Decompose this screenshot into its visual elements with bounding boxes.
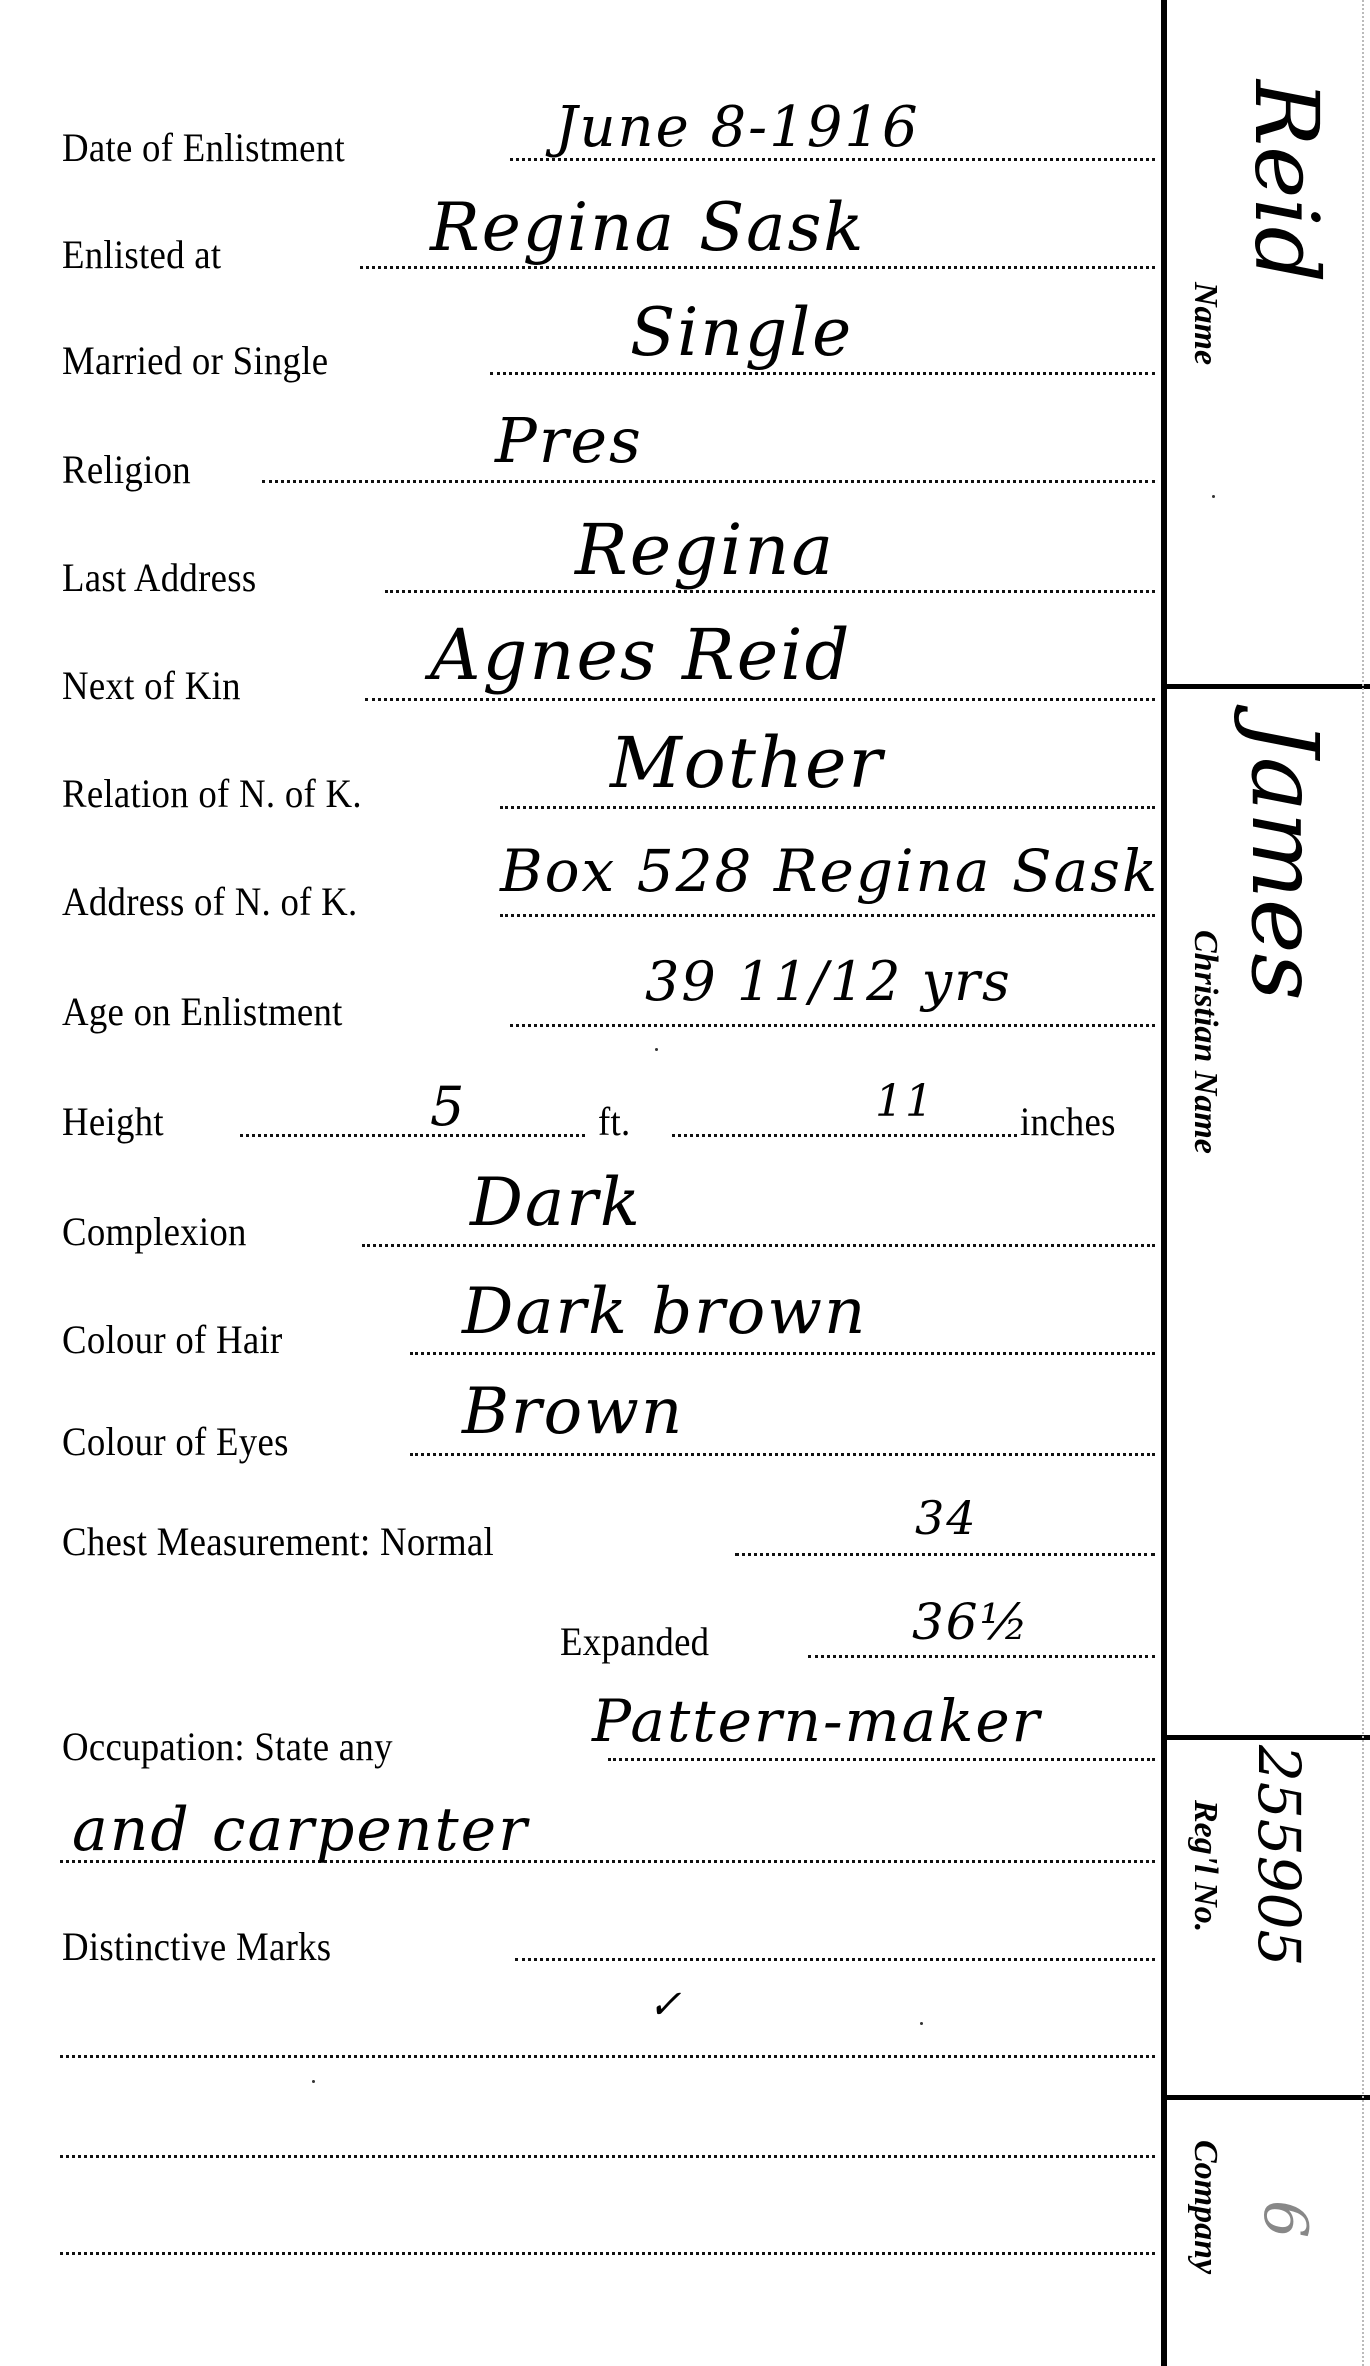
label-height: Height (62, 1102, 164, 1142)
field-height-feet[interactable]: 5 (430, 1080, 466, 1134)
scan-speck (920, 2022, 923, 2025)
field-address-of-nok[interactable]: Box 528 Regina Sask (500, 842, 1159, 900)
dotted-line-occupation (608, 1758, 1155, 1761)
dotted-line-chest-normal (735, 1553, 1155, 1556)
dotted-line-address-nok (500, 914, 1155, 917)
field-complexion[interactable]: Dark (470, 1170, 642, 1236)
label-name: Name (1188, 282, 1222, 365)
dotted-line-next-of-kin (365, 698, 1155, 701)
dotted-line-married (490, 372, 1155, 375)
dotted-line-eyes (410, 1453, 1155, 1456)
field-name[interactable]: Reid (1242, 80, 1330, 283)
dotted-line-complexion (362, 1244, 1155, 1247)
blank-line-2 (60, 2155, 1155, 2158)
field-married-or-single[interactable]: Single (630, 300, 853, 366)
field-date-of-enlistment[interactable]: June 8-1916 (555, 100, 920, 156)
right-edge-perforation (1362, 0, 1364, 2366)
field-chest-normal[interactable]: 34 (915, 1495, 978, 1541)
divider-name-christian (1167, 684, 1370, 689)
scan-speck (1212, 495, 1215, 498)
field-christian-name[interactable]: James (1238, 720, 1330, 1001)
label-address-of-nok: Address of N. of K. (62, 882, 358, 922)
field-enlisted-at[interactable]: Regina Sask (430, 195, 865, 261)
blank-line-1 (60, 2055, 1155, 2058)
field-colour-of-hair[interactable]: Dark brown (462, 1280, 867, 1344)
label-relation-of-nok: Relation of N. of K. (62, 774, 362, 814)
dotted-line-age (510, 1024, 1155, 1027)
label-next-of-kin: Next of Kin (62, 666, 241, 706)
label-colour-of-eyes: Colour of Eyes (62, 1422, 289, 1462)
divider-christian-regl (1167, 1735, 1370, 1740)
label-enlisted-at: Enlisted at (62, 235, 221, 275)
field-religion[interactable]: Pres (495, 410, 643, 472)
dotted-line-enlisted (360, 266, 1155, 269)
label-religion: Religion (62, 450, 191, 490)
dotted-line-religion (262, 480, 1155, 483)
dotted-line-relation (500, 806, 1155, 809)
label-last-address: Last Address (62, 558, 256, 598)
field-occupation[interactable]: Pattern-maker (592, 1692, 1041, 1750)
field-age-on-enlistment[interactable]: 39 11/12 yrs (645, 955, 1012, 1009)
label-chest-normal: Chest Measurement: Normal (62, 1522, 494, 1562)
label-height-inches: inches (1020, 1102, 1116, 1142)
checkmark-icon: ✓ (648, 1985, 684, 2025)
label-colour-of-hair: Colour of Hair (62, 1320, 283, 1360)
field-height-inches[interactable]: 11 (875, 1080, 935, 1124)
scan-speck (312, 2080, 315, 2083)
label-chest-expanded: Expanded (560, 1622, 709, 1662)
label-complexion: Complexion (62, 1212, 247, 1252)
label-christian-name: Christian Name (1188, 930, 1222, 1154)
label-married-or-single: Married or Single (62, 341, 328, 381)
dotted-line-height-feet (240, 1134, 585, 1137)
field-chest-expanded[interactable]: 36½ (912, 1597, 1030, 1647)
field-relation-of-nok[interactable]: Mother (610, 728, 884, 798)
scan-speck (655, 1048, 658, 1051)
label-date-of-enlistment: Date of Enlistment (62, 128, 345, 168)
label-age-on-enlistment: Age on Enlistment (62, 992, 343, 1032)
dotted-line-height-inches (672, 1134, 1017, 1137)
label-occupation: Occupation: State any (62, 1727, 393, 1767)
field-last-address[interactable]: Regina (575, 515, 835, 585)
field-occupation-line2[interactable]: and carpenter (72, 1800, 529, 1860)
blank-line-3 (60, 2252, 1155, 2255)
label-height-ft: ft. (598, 1102, 631, 1142)
field-company[interactable]: 6 (1255, 2200, 1315, 2238)
column-divider-vertical (1161, 0, 1167, 2366)
label-company: Company (1188, 2140, 1222, 2274)
dotted-line-distinctive-marks (515, 1958, 1155, 1961)
label-distinctive-marks: Distinctive Marks (62, 1927, 331, 1967)
field-next-of-kin[interactable]: Agnes Reid (430, 620, 851, 690)
label-regl-no: Reg'l No. (1188, 1800, 1222, 1932)
field-colour-of-eyes[interactable]: Brown (462, 1380, 684, 1444)
dotted-line-chest-expanded (808, 1655, 1155, 1658)
divider-regl-company (1167, 2095, 1370, 2100)
field-regl-no[interactable]: 255905 (1250, 1745, 1308, 1966)
dotted-line-hair (410, 1352, 1155, 1355)
